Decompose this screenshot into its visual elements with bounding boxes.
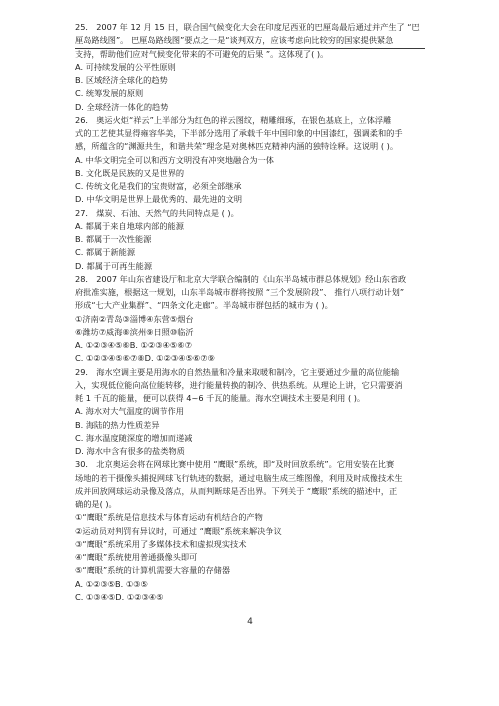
question-26-option-b: B. 文化既是民族的又是世界的 (75, 167, 435, 180)
question-28-city-list: ⑥潍坊⑦威海⑧滨州⑨日照⑩临沂 (75, 326, 435, 339)
question-26-stem-line: 26． 奥运火炬“祥云”上半部分为红色的祥云图纹，精雕细琢，在银色基底上，立体浮… (75, 114, 435, 127)
question-28-stem-line: 府批准实施，根据这一规划，山东半岛城市群将按照 “三个发展阶段”、 推行八项行动… (75, 286, 435, 299)
question-30-options-ab: A. ①②③⑤B. ①③⑤ (75, 578, 435, 591)
question-25-option-c: C. 统筹发展的原则 (75, 87, 435, 100)
question-28-stem-line: 形成“七大产业集群”、“四条文化走廊”。半岛城市群包括的城市为 ( )。 (75, 299, 435, 312)
question-30-stem-line: 成并回放网球运动录像及落点，从而判断球是否出界。下列关于 “鹰眼”系统的描述中，… (75, 485, 435, 498)
question-28-stem-line: 28． 2007 年山东省建设厅和北京大学联合编制的《山东半岛城市群总体规划》经… (75, 273, 435, 286)
question-30-statement: ①“鹰眼”系统是信息技术与体育运动有机结合的产物 (75, 511, 435, 524)
question-30-options-cd: C. ①③④⑤D. ①②③④⑤ (75, 591, 435, 604)
question-30-statement: ⑤“鹰眼”系统的计算机需要大容量的存储器 (75, 564, 435, 577)
question-26-stem-line: 感，所蕴含的“渊源共生，和谐共荣”理念是对奥林匹克精神内涵的独特诠释。这说明 (… (75, 140, 435, 153)
horizontal-rule (75, 48, 425, 49)
question-28-city-list: ①济南②青岛③淄博④东营⑤烟台 (75, 313, 435, 326)
question-26-stem-line: 式的工艺使其显得雍容华美，下半部分选用了承载千年中国印象的中国漆红，强调柔和的手 (75, 127, 435, 140)
question-30-statement: ③“鹰眼”系统采用了多媒体技术和虚拟现实技术 (75, 538, 435, 551)
question-26: 26． 奥运火炬“祥云”上半部分为红色的祥云图纹，精雕细琢，在银色基底上，立体浮… (75, 114, 435, 207)
question-29: 29． 海水空调主要是用海水的自然热量和冷量来取暖和制冷，它主要通过少量的高位能… (75, 366, 435, 459)
question-30: 30． 北京奥运会将在网球比赛中使用 “鹰眼”系统，即“及时回放系统”。它用安装… (75, 458, 435, 604)
question-30-statement: ②运动员对判罚有异议时，可通过 “鹰眼”系统来解决争议 (75, 525, 435, 538)
question-29-stem-line: 耗 1 千瓦的能量，便可以获得 4~6 千瓦的能量。海水空调技术主要是利用 ( … (75, 392, 435, 405)
question-27-option-a: A. 都属于来自地球内部的能源 (75, 220, 435, 233)
question-30-stem-line: 场地的若干摄像头捕捉网球飞行轨迹的数据，通过电脑生成三维图像，利用及时成像技术生 (75, 472, 435, 485)
question-28-options-ab: A. ①②③④⑤⑥B. ①②③④⑤⑥⑦ (75, 339, 435, 352)
question-29-option-b: B. 海陆的热力性质差异 (75, 419, 435, 432)
question-25: 25． 2007 年 12 月 15 日，联合国气候变化大会在印度尼西亚的巴厘岛… (75, 21, 435, 114)
question-29-option-c: C. 海水温度随深度的增加而递减 (75, 432, 435, 445)
question-25-stem-line: 支持，帮助他们应对气候变化带来的不可避免的后果 ”。这体现了( )。 (75, 48, 435, 61)
question-28-options-cd: C. ①②③④⑤⑥⑦⑧D. ①②③④⑤⑥⑦⑨ (75, 352, 435, 365)
question-26-option-d: D. 中华文明是世界上最优秀的、最先进的文明 (75, 193, 435, 206)
document-body: 25． 2007 年 12 月 15 日，联合国气候变化大会在印度尼西亚的巴厘岛… (75, 21, 435, 604)
question-27-stem-line: 27． 煤炭、石油、天然气的共同特点是 ( )。 (75, 207, 435, 220)
question-29-option-d: D. 海水中含有很多的盐类物质 (75, 445, 435, 458)
question-27-option-d: D. 都属于可再生能源 (75, 260, 435, 273)
document-page: 25． 2007 年 12 月 15 日，联合国气候变化大会在印度尼西亚的巴厘岛… (0, 0, 499, 706)
question-29-stem-line: 入，实现低位能向高位能转移，进行能量转换的制冷、供热系统。从理论上讲，它只需要消 (75, 379, 435, 392)
question-25-option-d: D. 全球经济一体化的趋势 (75, 101, 435, 114)
question-25-option-a: A. 可持续发展的公平性原则 (75, 61, 435, 74)
question-25-stem-line: 25． 2007 年 12 月 15 日，联合国气候变化大会在印度尼西亚的巴厘岛… (75, 21, 435, 34)
question-30-statement: ④“鹰眼”系统使用普通摄像头即可 (75, 551, 435, 564)
question-30-stem-line: 确的是( )。 (75, 498, 435, 511)
question-28: 28． 2007 年山东省建设厅和北京大学联合编制的《山东半岛城市群总体规划》经… (75, 273, 435, 366)
question-27-option-c: C. 都属于新能源 (75, 246, 435, 259)
question-29-stem-line: 29． 海水空调主要是用海水的自然热量和冷量来取暖和制冷，它主要通过少量的高位能… (75, 366, 435, 379)
question-26-option-c: C. 传统文化是我们的宝贵财富，必须全部继承 (75, 180, 435, 193)
question-30-stem-line: 30． 北京奥运会将在网球比赛中使用 “鹰眼”系统，即“及时回放系统”。它用安装… (75, 458, 435, 471)
question-27-option-b: B. 都属于一次性能源 (75, 233, 435, 246)
question-29-option-a: A. 海水对大气温度的调节作用 (75, 405, 435, 418)
question-26-option-a: A. 中华文明完全可以和西方文明没有冲突地融合为一体 (75, 154, 435, 167)
question-25-stem-line: 厘岛路线图”。 巴厘岛路线图”要点之一是“谈判双方，应该考虑向比较穷的国家提供紧… (75, 34, 435, 47)
page-number: 4 (245, 616, 255, 628)
question-27: 27． 煤炭、石油、天然气的共同特点是 ( )。 A. 都属于来自地球内部的能源… (75, 207, 435, 273)
question-25-option-b: B. 区域经济全球化的趋势 (75, 74, 435, 87)
